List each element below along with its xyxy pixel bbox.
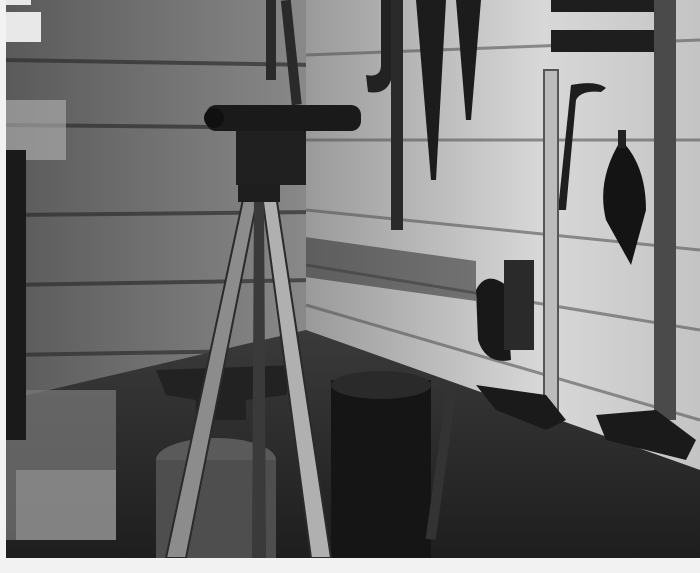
axe-handle [544,70,558,420]
photograph [6,0,700,558]
workshop-scene [6,0,700,558]
barrel [331,380,431,558]
long-handle [654,0,676,420]
